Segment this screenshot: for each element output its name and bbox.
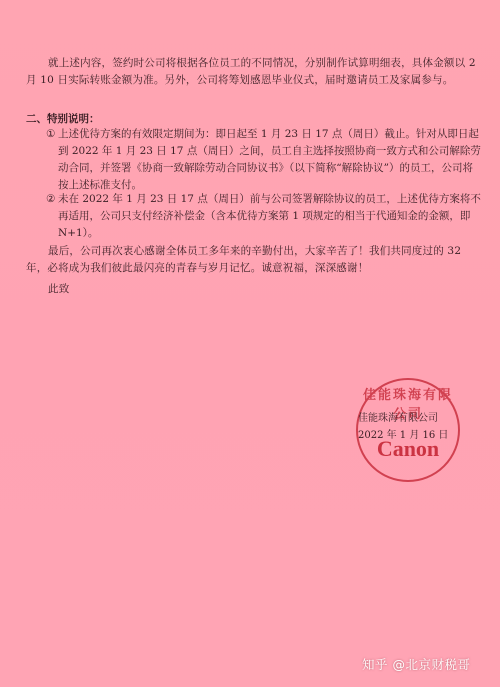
zhihu-watermark: 知乎 @北京财税哥: [362, 655, 470, 673]
paragraph-settlement-details: 就上述内容，签约时公司将根据各位员工的不同情况，分别制作试算明细表，具体金额以 …: [26, 55, 481, 89]
signature-date: 2022 年 1 月 16 日: [358, 427, 448, 444]
item-marker: ①: [46, 126, 55, 143]
closing-salutation: 此致: [48, 281, 69, 298]
paragraph-thanks: 最后，公司再次衷心感谢全体员工多年来的辛勤付出，大家辛苦了！我们共同度过的 32…: [26, 243, 481, 277]
document-page: 就上述内容，签约时公司将根据各位员工的不同情况，分别制作试算明细表，具体金额以 …: [0, 0, 500, 687]
section-heading-special-notes: 二、特别说明：: [26, 111, 100, 126]
item-text: 上述优待方案的有效限定期间为：即日起至 1 月 23 日 17 点（周日）截止。…: [50, 126, 482, 194]
signature-block: 佳能珠海有限公司 2022 年 1 月 16 日: [358, 410, 448, 444]
special-note-item-2: ② 未在 2022 年 1 月 23 日 17 点（周日）前与公司签署解除协议的…: [50, 191, 482, 242]
special-note-item-1: ① 上述优待方案的有效限定期间为：即日起至 1 月 23 日 17 点（周日）截…: [50, 126, 482, 194]
item-text: 未在 2022 年 1 月 23 日 17 点（周日）前与公司签署解除协议的员工…: [50, 191, 482, 242]
signature-company: 佳能珠海有限公司: [358, 410, 448, 427]
item-marker: ②: [46, 191, 55, 208]
